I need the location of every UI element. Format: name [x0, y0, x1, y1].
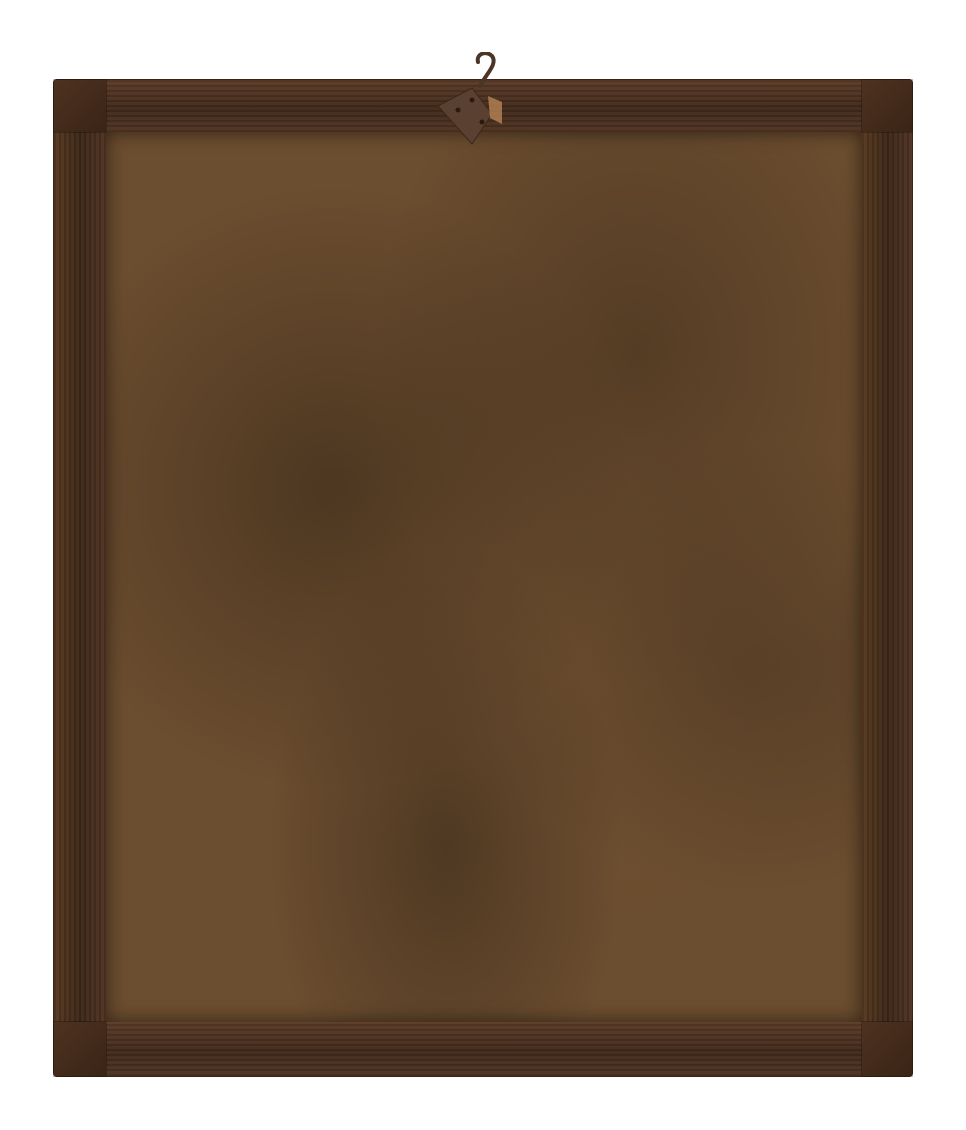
picture-frame-back — [54, 80, 912, 1076]
frame-corner-joint — [54, 80, 106, 132]
frame-corner-joint — [54, 1022, 106, 1076]
frame-corner-joint — [862, 80, 912, 132]
frame-right-stile — [862, 80, 912, 1076]
frame-left-stile — [54, 80, 106, 1076]
hanging-hook — [432, 52, 502, 147]
canvas-backing — [106, 132, 862, 1022]
hanging-hook-icon — [432, 52, 502, 147]
frame-bottom-rail — [54, 1022, 912, 1076]
frame-corner-joint — [862, 1022, 912, 1076]
